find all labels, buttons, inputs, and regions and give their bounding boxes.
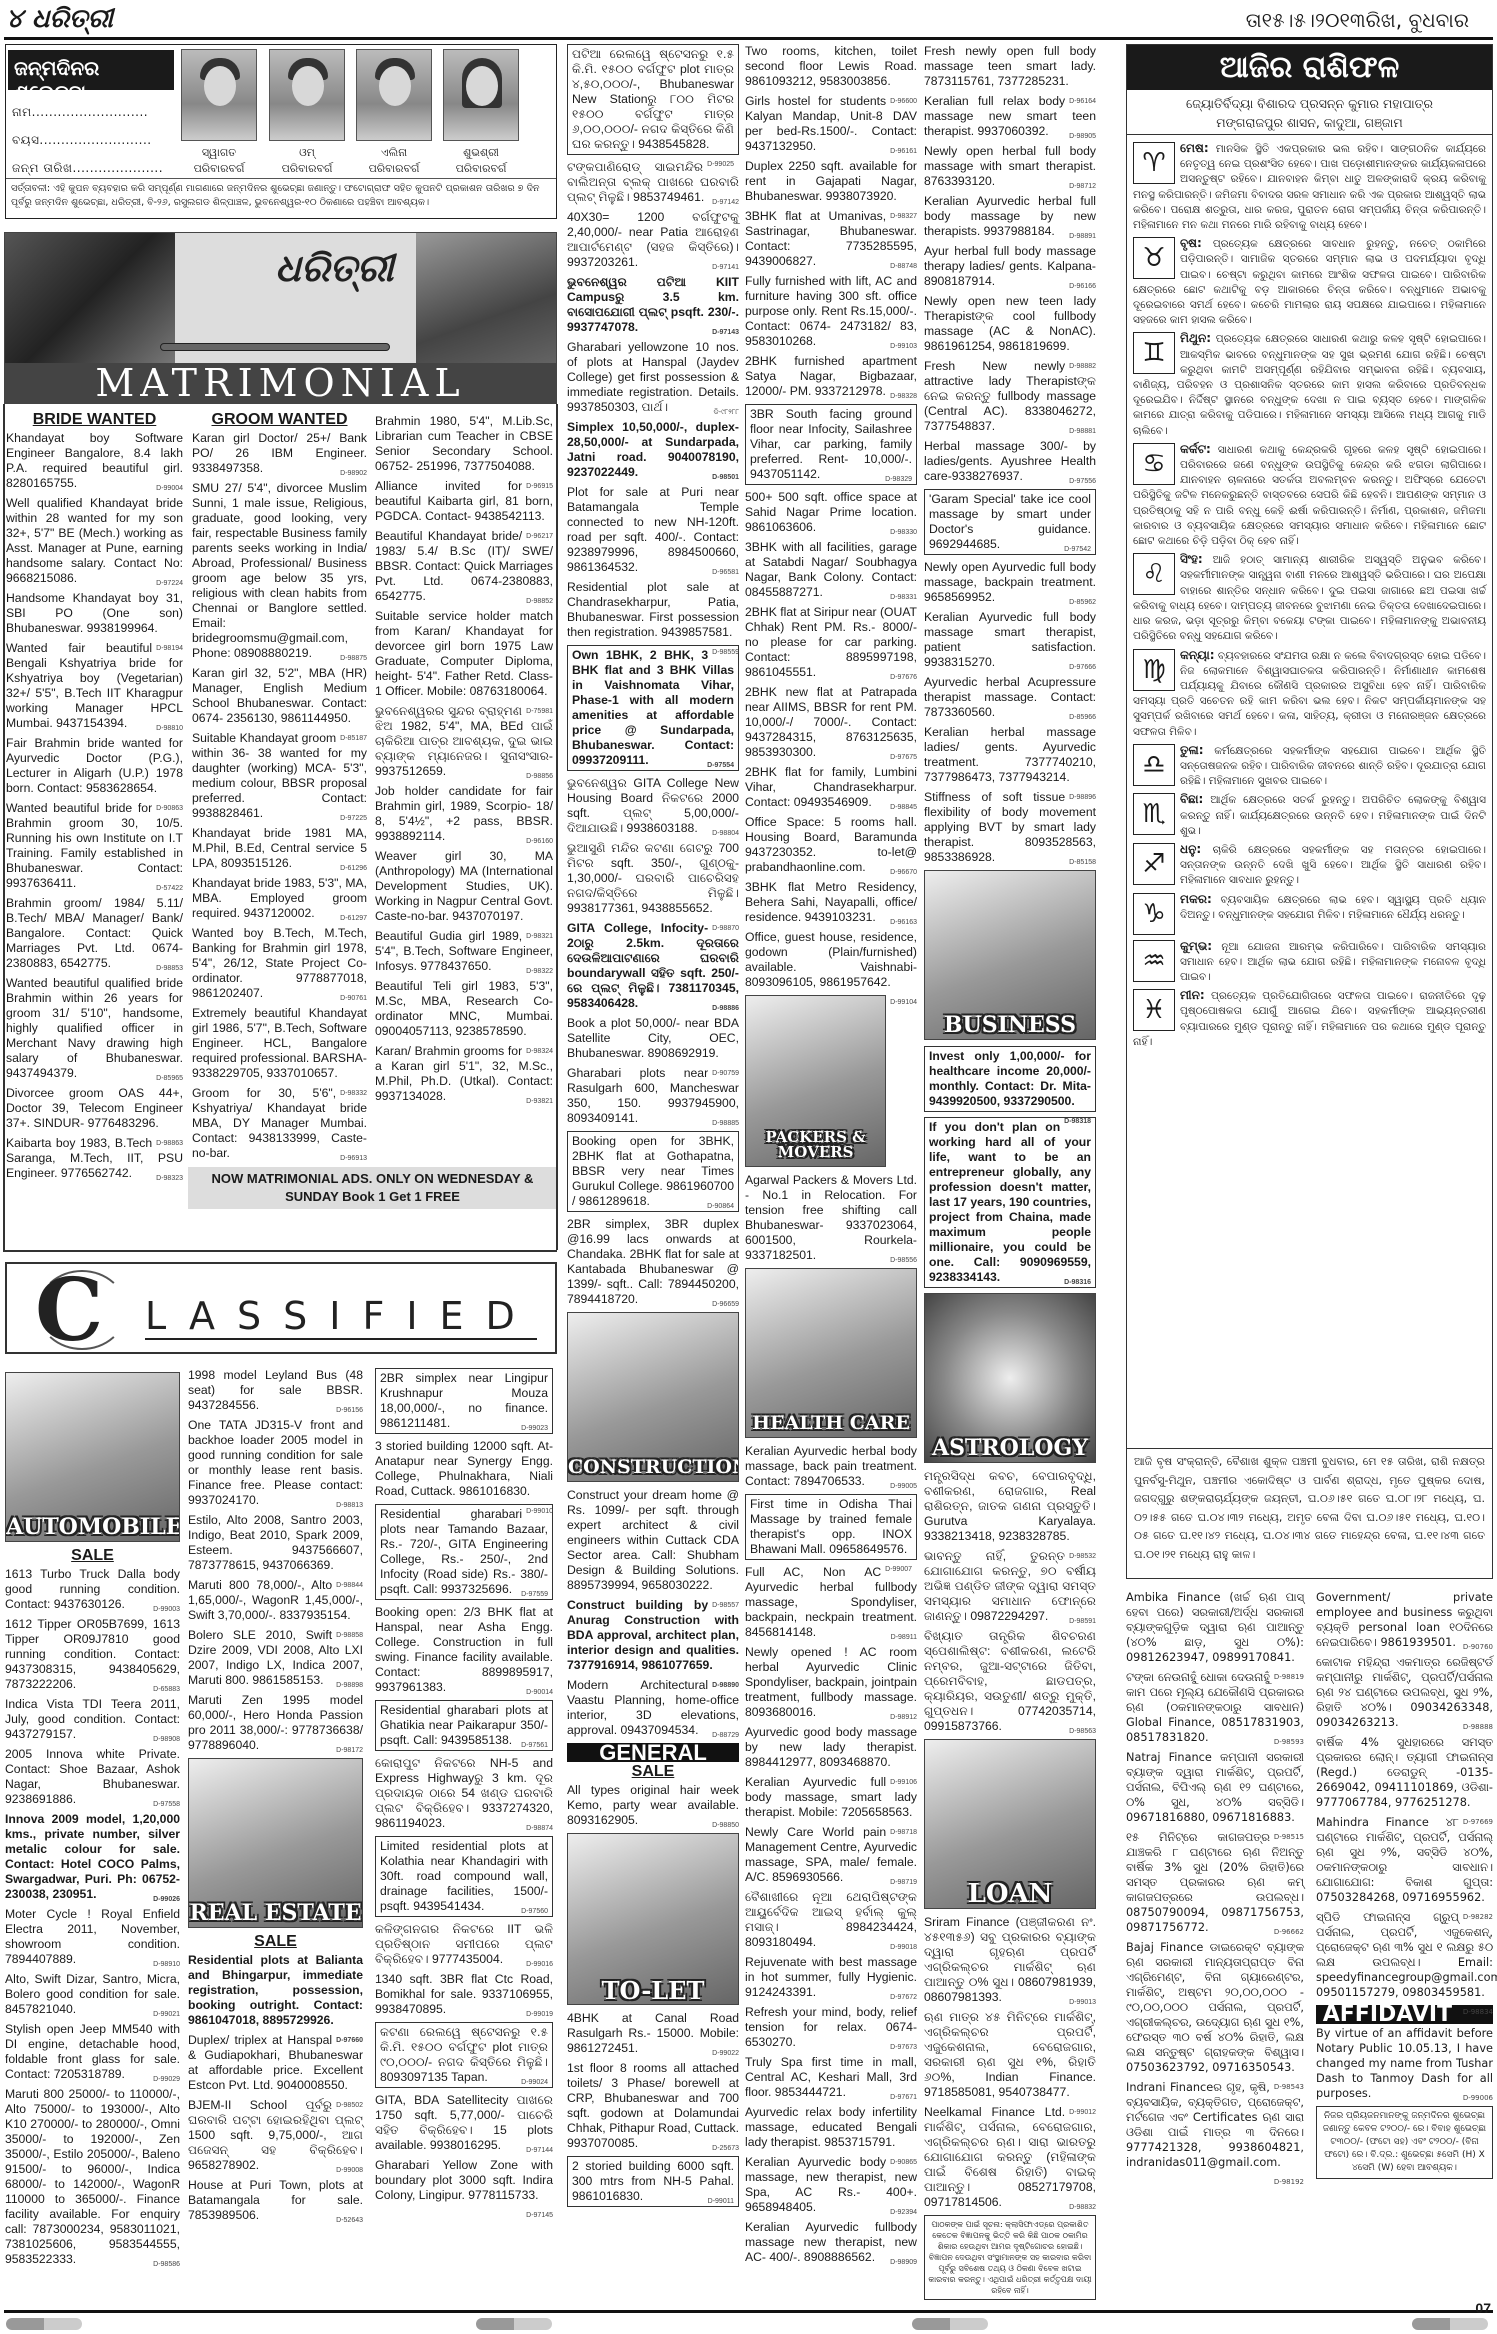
ad-code: D-90759 xyxy=(712,1066,739,1081)
real-estate-sale-heading: SALE xyxy=(188,1934,363,1949)
ad-code: D-98819 xyxy=(1274,1670,1304,1685)
ad-code: D-98719 xyxy=(890,1875,917,1890)
zodiac-text: ଆର୍ଥିକ କ୍ଷେତ୍ରରେ ସତର୍କ ରୁହନ୍ତୁ। ଅପରିଚିତ … xyxy=(1180,794,1486,836)
ad-code: D-99106 xyxy=(890,1775,917,1790)
ad-text: ଭୁଆସୁଣି ମନ୍ଦିର କଟଣା ଗେଟରୁ 700 ମିଟର sqft.… xyxy=(567,841,739,915)
zodiac-name: କୁମ୍ଭ: xyxy=(1180,939,1212,953)
ad-code: D-99011 xyxy=(708,2194,734,2209)
classified-ad: 2BHK furnished apartment Satya Nagar, Bi… xyxy=(745,354,917,399)
classified-ad: Brahmin groom/ 1984/ 5.11/ B.Tech/ MBA/ … xyxy=(6,896,183,971)
classified-title: LASSIFIED xyxy=(145,1294,537,1340)
classified-ad: ଭୁବନେଶ୍ୱର ପଟିଆ KIIT Campusରୁ 3.5 km. ବାସ… xyxy=(567,275,739,335)
classified-ad: Office, guest house, residence, godown (… xyxy=(745,930,917,990)
ad-code: D-98885 xyxy=(712,1116,739,1131)
ad-code: D-97561 xyxy=(521,1738,548,1753)
ad-code: D-98515 xyxy=(1274,1830,1304,1845)
photo-caption: ସ୍ୱାଗତପରିବାରବର୍ଗ xyxy=(174,145,264,177)
ad-text: ଋଣ ମାତ୍ର ୪୫ ମିନିଟ୍‌ରେ ମାର୍କଶିଟ୍, ଏଗ୍ରିକଲ… xyxy=(924,2010,1096,2099)
classified-ad: If you don't plan on working hard all of… xyxy=(924,1117,1096,1288)
ad-code: D-98318 xyxy=(1064,1114,1091,1129)
classified-ad: Beautiful Teli girl 1983, 5'3", M.Sc, MB… xyxy=(375,979,553,1039)
ad-code: D-97554 xyxy=(707,758,734,773)
ad-code: D-99003 xyxy=(153,1602,180,1617)
zodiac-text: ବ୍ୟବହାରରେ ସଂଯମତା ରକ୍ଷା ନ କଲେ ବିବାଦଗ୍ରସ୍ତ… xyxy=(1133,650,1486,738)
ad-code: D-97145 xyxy=(526,2208,553,2223)
ad-code: D-85965 xyxy=(156,1071,183,1086)
ad-text: Keralian herbal massage ladies/ gents. A… xyxy=(924,725,1096,784)
classified-ad: Brahmin 1980, 5'4", M.Lib.Sc, Librarian … xyxy=(375,414,553,474)
ad-text: First time in Odisha Thai Massage by tra… xyxy=(750,1497,912,1556)
classified-ad: ବିଖ୍ୟାତ ତାନ୍ତ୍ରିକ ଶିବଚରଣ ସ୍ପେଶାଲିଷ୍ଟ: ବଶ… xyxy=(924,1629,1096,1734)
divider xyxy=(3,404,5,1250)
author-place: ମଙ୍ଗରାଜପୁର ଶାସନ, କାଦୁଆ, ଗଞ୍ଜାମ xyxy=(1127,113,1492,132)
health-care-image: HEALTH CARE xyxy=(745,1268,917,1438)
zodiac-text: କର୍ମକ୍ଷେତ୍ରରେ ସହକର୍ମୀଙ୍କ ସହଯୋଗ ପାଇବେ। ଆର… xyxy=(1180,745,1486,787)
business-image: BUSINESS xyxy=(924,870,1096,1040)
author-name: ଜ୍ୟୋତିର୍ବିଦ୍ୟା ବିଶାରଦ ପ୍ରସନ୍ନ କୁମାର ମହାପ… xyxy=(1127,94,1492,113)
page-label: ୪ ଧରିତ୍ରୀ xyxy=(6,4,113,35)
ad-text: Construct your dream home @ Rs. 1099/- p… xyxy=(567,1488,739,1592)
birthday-title: ଜନ୍ମଦିନର ଶୁଭେଚ୍ଛା xyxy=(8,50,174,90)
ad-text: Wanted boy B.Tech, M.Tech, Banking for B… xyxy=(192,926,367,1000)
ad-code: D-98813 xyxy=(336,1498,363,1513)
ad-code: D-98322 xyxy=(526,964,553,979)
ad-code: D-96217 xyxy=(526,529,553,544)
ad-text: Residential plots at Balianta and Bhinga… xyxy=(188,1953,363,2027)
classified-ad: Residential plot sale at Chandrasekharpu… xyxy=(567,580,739,640)
ad-code: D-98502 xyxy=(336,2098,363,2113)
birthday-photo xyxy=(356,49,432,141)
classified-ad: Innova 2009 model, 1,20,000 kms., privat… xyxy=(5,1812,180,1902)
ad-text: Extremely beautiful Khandayat girl 1986,… xyxy=(192,1006,367,1080)
classified-ad: 500+ 500 sqft. office space at Sahid Nag… xyxy=(745,490,917,535)
ad-code: D-98858 xyxy=(336,1628,363,1643)
classified-ad: Invest only 1,00,000/- for healthcare in… xyxy=(924,1046,1096,1112)
ad-code: D-99022 xyxy=(712,2046,739,2061)
ad-code: D-99024 xyxy=(521,2075,548,2090)
ad-code: D-57422 xyxy=(156,881,183,896)
zodiac-name: ବିଛା: xyxy=(1180,792,1203,806)
ad-code: D-90863 xyxy=(156,801,183,816)
photo-caption: ଓମ୍ପରିବାରବର୍ଗ xyxy=(262,145,352,177)
zodiac-sign-icon: ♒ xyxy=(1133,940,1175,982)
ad-code: D-25673 xyxy=(712,2141,739,2156)
ad-code: D-97542 xyxy=(1064,542,1091,557)
zodiac-entry: ♒କୁମ୍ଭ: ନୂଆ ଯୋଜନା ଆରମ୍ଭ କରିପାରିବେ। ପାରିବ… xyxy=(1133,939,1486,986)
classified-ad: Alto, Swift Dizar, Santro, Micra, Bolero… xyxy=(5,1972,180,2017)
zodiac-list: ♈ମେଷ: ମାନସିକ ସ୍ଥିତି ଏକପ୍ରକାର ଭଲ ରହିବ। ସା… xyxy=(1133,141,1486,1053)
classified-ad: 'Garam Special' take ice cool massage by… xyxy=(924,489,1096,555)
classified-initial: C xyxy=(35,1260,103,1361)
ad-text: Natraj Finance କମ୍ପାନୀ ସରକାରୀ ବ୍ୟାଙ୍କ ଦ୍… xyxy=(1126,1751,1304,1824)
classified-ad: ୧୫ ମିନିଟ୍‌ରେ କାଗଜପତ୍ର ଯାଞ୍ଚକରି ୮ ଘଣ୍ଟାରେ… xyxy=(1126,1830,1304,1935)
ad-code: D-97143 xyxy=(712,325,739,340)
horoscope-author: ଜ୍ୟୋତିର୍ବିଦ୍ୟା ବିଶାରଦ ପ୍ରସନ୍ନ କୁମାର ମହାପ… xyxy=(1127,91,1492,135)
zodiac-sign-icon: ♉ xyxy=(1133,237,1175,279)
classified-ad: Simplex 10,50,000/-, duplex-28,50,000/- … xyxy=(567,420,739,480)
zodiac-sign-icon: ♐ xyxy=(1133,843,1175,885)
ad-text: Innova 2009 model, 1,20,000 kms., privat… xyxy=(5,1812,180,1901)
ad-text: 1st floor 8 rooms all attached toilets/ … xyxy=(567,2061,739,2150)
ad-text: 1612 Tipper OR05B7699, 1613 Tipper OR09J… xyxy=(5,1617,180,1691)
classified-ad: 2BHK new flat at Patrapada near AIIMS, B… xyxy=(745,685,917,760)
zodiac-sign-icon: ♓ xyxy=(1133,989,1175,1031)
zodiac-text: ଚାକିରି କ୍ଷେତ୍ରରେ ସହକର୍ମୀଙ୍କ ସହ ମତାନ୍ତର ହ… xyxy=(1180,844,1486,886)
ad-code: D-97556 xyxy=(1069,474,1096,489)
ad-code: D-98282 xyxy=(1463,1910,1493,1925)
construction-image: CONSTRUCTION xyxy=(567,1312,739,1482)
classified-ad: Maruti 800 25000/- to 110000/-, Alto 750… xyxy=(5,2087,180,2267)
issue-date: ତା୧୫।୫।୨୦୧୩ରିଖ, ବୁଧବାର xyxy=(1246,8,1469,32)
ad-text: Book a plot 50,000/- near BDA Satellite … xyxy=(567,1016,739,1060)
classified-ad: Bajaj Finance ଡାଇରେକ୍ଟ ବ୍ୟାଙ୍କ ଋଣ ସରକାରୀ… xyxy=(1126,1940,1304,2075)
ad-text: Duplex 2250 sqft. available for rent in … xyxy=(745,159,917,203)
ad-code: D-52643 xyxy=(336,2213,363,2228)
ad-code: D-98886 xyxy=(712,1001,739,1016)
ad-code: D-85158 xyxy=(1069,855,1096,870)
ad-code: D-98874 xyxy=(526,1821,553,1836)
ad-code: D-98870 xyxy=(712,921,739,936)
ad-code: D-96166 xyxy=(1069,279,1096,294)
ad-code: D-99025 xyxy=(707,157,734,172)
ad-code: D-98331 xyxy=(890,590,917,605)
name-field: ନାମ........................... xyxy=(12,105,148,120)
ad-text: Suitable service holder match from Karan… xyxy=(375,609,553,698)
zodiac-sign-icon: ♏ xyxy=(1133,793,1175,835)
ad-text: Ayurvedic good body massage by new lady … xyxy=(745,1725,917,1769)
ad-text: Fully furnished with lift, AC and furnit… xyxy=(745,274,917,348)
ad-code: D-98192 xyxy=(1274,2175,1304,2190)
panchang: ଆଜି ବୃଷ ସଂକ୍ରାନ୍ତି, ବୈଶାଖ ଶୁକ୍ଳ ପଞ୍ଚମୀ ବ… xyxy=(1127,1448,1492,1578)
classified-ad: Book a plot 50,000/- near BDA Satellite … xyxy=(567,1016,739,1061)
ad-text: Limited residential plots at Kolathia ne… xyxy=(380,1839,548,1913)
classified-ad: Fair Brahmin bride wanted for Ayurvedic … xyxy=(6,736,183,796)
bride-wanted-column: BRIDE WANTED Khandayat boy Software Engi… xyxy=(6,410,183,1186)
classified-ad: Ambika Finance (ଖର୍ଚ୍ଚ ଋଣ ପାସ୍ ହେବା ପରେ)… xyxy=(1126,1590,1304,1665)
zodiac-entry: ♈ମେଷ: ମାନସିକ ସ୍ଥିତି ଏକପ୍ରକାର ଭଲ ରହିବ। ସା… xyxy=(1133,141,1486,233)
ad-text: 3 storied building 12000 sqft. At- Anata… xyxy=(375,1439,553,1498)
classified-ad: GITA, BDA Satellitecity ପାଖରେ 1750 sqft.… xyxy=(375,2093,553,2153)
page-number: 07 xyxy=(1475,2300,1491,2316)
zodiac-sign-icon: ♈ xyxy=(1133,142,1175,184)
matrimonial-promo: NOW MATRIMONIAL ADS. ONLY ON WEDNESDAY &… xyxy=(188,1167,557,1209)
classified-ad: କୋରାପୁଟ ନିକଟରେ NH-5 and Express Highwayର… xyxy=(375,1756,553,1831)
ad-code: D-99004 xyxy=(156,481,183,496)
zodiac-sign-icon: ♌ xyxy=(1133,553,1175,595)
ad-code: D-98905 xyxy=(1069,129,1096,144)
classified-ad: Neelkamal Finance Ltd. ମାର୍କଶିଟ୍, ପର୍ସନା… xyxy=(924,2105,1096,2210)
classified-ad: Wanted boy B.Tech, M.Tech, Banking for B… xyxy=(192,926,367,1001)
ad-code: D-98557 xyxy=(712,1598,739,1613)
classified-ad: କଳିଙ୍ଗନଗର ନିକଟରେ IIT ଭଳି ପ୍ରତିଷ୍ଠାନ ସମୀପ… xyxy=(375,1922,553,1967)
classified-ad: 4BHK at Canal Road Rasulgarh Rs.- 15000.… xyxy=(567,2011,739,2056)
ad-text: SMU 27/ 5'4", divorcee Muslim Sunni, 1 m… xyxy=(192,481,367,660)
ad-code: D-98194 xyxy=(156,641,183,656)
ad-text: Neelkamal Finance Ltd. ମାର୍କଶିଟ୍, ପର୍ସନା… xyxy=(924,2105,1096,2209)
photo-caption: ଏଲିନାପରିବାରବର୍ଗ xyxy=(349,145,439,177)
classified-ad: Fresh newly open full body massage teen … xyxy=(924,44,1096,89)
real-estate-column-4: ପଟିଆ ରେଲୱେ ଷ୍ଟେସନରୁ ୧.୫ କି.ମି. ୧୫୦୦ ବର୍ଗ… xyxy=(567,44,739,2212)
classified-ad: 1998 model Leyland Bus (48 seat) for sal… xyxy=(188,1368,363,1413)
ad-code: D-98718 xyxy=(890,1825,917,1840)
classified-ad: Construct your dream home @ Rs. 1099/- p… xyxy=(567,1488,739,1593)
ad-text: Well qualified Khandayat bride within 28… xyxy=(6,496,183,585)
ad-text: Two rooms, kitchen, toilet second floor … xyxy=(745,44,917,88)
automobile-column: AUTOMOBILE SALE 1613 Turbo Truck Dalla b… xyxy=(5,1372,180,2272)
classified-ad: Moter Cycle ! Royal Enfield Electra 2011… xyxy=(5,1907,180,1967)
ad-code: D-88748 xyxy=(890,259,917,274)
matrimonial-title: MATRIMONIAL xyxy=(5,363,556,403)
ad-text: Booking open for 3BHK, 2BHK flat at Goth… xyxy=(572,1134,734,1208)
classified-banner: C LASSIFIED xyxy=(5,1262,557,1354)
classified-ad: ଋଣ ମାତ୍ର ୪୫ ମିନିଟ୍‌ରେ ମାର୍କଶିଟ୍, ଏଗ୍ରିକଲ… xyxy=(924,2010,1096,2100)
zodiac-entry: ♓ମୀନ: ପ୍ରତ୍ୟେକ ପ୍ରତିଯୋଗିତାରେ ସଫଳତା ପାଇବେ… xyxy=(1133,988,1486,1050)
zodiac-text: ନୂଆ ଯୋଜନା ଆରମ୍ଭ କରିପାରିବେ। ପାରିବାରିକ ସମସ… xyxy=(1180,941,1486,983)
ad-code: D-90864 xyxy=(707,1199,734,1214)
classified-ad: 3 storied building 12000 sqft. At- Anata… xyxy=(375,1439,553,1499)
ad-text: ୧୫ ମିନିଟ୍‌ରେ କାଗଜପତ୍ର ଯାଞ୍ଚକରି ୮ ଘଣ୍ଟାରେ… xyxy=(1126,1831,1304,1934)
zodiac-entry: ♍କନ୍ୟା: ବ୍ୟବହାରରେ ସଂଯମତା ରକ୍ଷା ନ କଲେ ବିବ… xyxy=(1133,648,1486,740)
coupon-terms: ସର୍ତ୍ତାବଳୀ: ଏହି କୁପନ ବ୍ୟବହାର କରି ସମ୍ପୂର୍… xyxy=(6,178,556,218)
classified-ad: Natraj Finance କମ୍ପାନୀ ସରକାରୀ ବ୍ୟାଙ୍କ ଦ୍… xyxy=(1126,1750,1304,1825)
ad-code: D-65883 xyxy=(153,1682,180,1697)
classified-ad: Divorcee groom OAS 44+, Doctor 39, Telec… xyxy=(6,1086,183,1131)
zodiac-text: ପ୍ରତ୍ୟେକ କ୍ଷେତ୍ରରେ ସାଧାରଣ କଥାରୁ କଳହ ସୃଷ୍… xyxy=(1133,333,1486,436)
wedding-photo xyxy=(5,233,175,363)
ad-text: Maruti 800 25000/- to 110000/-, Alto 750… xyxy=(5,2087,180,2266)
classified-ad: ବାର୍ଷିକ 4% ସୁଧହାରରେ ସମସ୍ତ ପ୍ରକାରର ଲୋନ୍। … xyxy=(1316,1735,1493,1810)
ad-code: D-98898 xyxy=(336,1678,363,1693)
classified-ad: Duplex 2250 sqft. available for rent in … xyxy=(745,159,917,204)
ad-text: 2BR simplex, 3BR duplex @16.99 lacs onwa… xyxy=(567,1217,739,1306)
ad-code: D-98316 xyxy=(1064,1275,1091,1290)
classified-ad: SMU 27/ 5'4", divorcee Muslim Sunni, 1 m… xyxy=(192,481,367,661)
horoscope-title: ଆଜିର ରାଶିଫଳ xyxy=(1127,45,1492,90)
classified-ad: ମନ୍ତ୍ରସିଦ୍ଧ କବଚ, ବେପାରବୃଦ୍ଧି, ବଶୀକରଣ, ରୋ… xyxy=(924,1469,1096,1544)
classified-ad: କଟଣା ରେଲୱେ ଷ୍ଟେସନରୁ ୧.୫ କି.ମି. ୧୫୦୦ ବର୍ଗ… xyxy=(375,2022,553,2088)
classified-ad: 3BHK flat Metro Residency, Behera Sahi, … xyxy=(745,880,917,925)
classified-ad: Truly Spa first time in mall, Central AC… xyxy=(745,2055,917,2100)
classified-ad: Plot for sale at Puri near Batamangala T… xyxy=(567,485,739,575)
ad-code: D-98845 xyxy=(890,800,917,815)
packers-movers-image: PACKERS & MOVERS xyxy=(745,995,886,1167)
ad-code: D-97672 xyxy=(890,1990,917,2005)
ad-code: D-98321 xyxy=(526,929,553,944)
ad-code: D-98586 xyxy=(153,2257,180,2272)
classified-ad: Khandayat boy Software Engineer Bangalor… xyxy=(6,431,183,491)
ad-text: One TATA JD315-V front and backhoe loade… xyxy=(188,1418,363,1507)
ad-code: D-75981 xyxy=(526,704,553,719)
ad-code: D-96913 xyxy=(340,1151,367,1166)
ad-code: D-85962 xyxy=(1069,595,1096,610)
ad-code: D-98323 xyxy=(156,1171,183,1186)
to-let-column: Two rooms, kitchen, toilet second floor … xyxy=(745,44,917,2270)
birthday-photo xyxy=(181,49,257,141)
ad-text: କୋଟାକ ମହିନ୍ଦ୍ରା ଏକମାତ୍ର ରେଜିଷ୍ଟର୍ଡ କମ୍ପା… xyxy=(1316,1656,1493,1729)
ad-code: D-98856 xyxy=(526,769,553,784)
to-let-image: TO-LET xyxy=(567,1833,739,2005)
finance-column-2: Government/ private employee and busines… xyxy=(1316,1590,1493,2179)
classified-ad: Stylish open Jeep MM540 with DI engine, … xyxy=(5,2022,180,2082)
classified-ad: Maruti Zen 1995 model 60,000/-, Hero Hon… xyxy=(188,1693,363,1753)
classified-ad: Herbal massage 300/- by ladies/gents. Ay… xyxy=(924,439,1096,484)
affidavit-ad: By virtue of an affidavit before Notary … xyxy=(1316,2026,1493,2101)
ad-code: D-98330 xyxy=(890,525,917,540)
classified-ad: Ayurvedic relax body infertility massage… xyxy=(745,2105,917,2150)
classified-ad: 2BHK flat for family, Lumbini Vihar, Cha… xyxy=(745,765,917,810)
ad-code: D-98896 xyxy=(1069,790,1096,805)
classified-ad: Sriram Finance (ପଞ୍ଜୀକରଣ ନଂ. ୪୫୧୩୫୬) ସବୁ… xyxy=(924,1915,1096,2005)
classified-ad: 1340 sqft. 3BR flat Ctc Road, Bomikhal f… xyxy=(375,1972,553,2017)
ad-code: D-96160 xyxy=(526,834,553,849)
classified-ad: Fully furnished with lift, AC and furnit… xyxy=(745,274,917,349)
classified-ad: 3BHK with all facilities, garage at Sata… xyxy=(745,540,917,600)
classified-ad: 1st floor 8 rooms all attached toilets/ … xyxy=(567,2061,739,2151)
ad-code: D-61297 xyxy=(340,911,367,926)
ad-code: D-98832 xyxy=(1069,2200,1096,2215)
ad-code: D-98324 xyxy=(526,1044,553,1059)
ad-text: Invest only 1,00,000/- for healthcare in… xyxy=(929,1049,1091,1108)
zodiac-sign-icon: ♑ xyxy=(1133,893,1175,935)
ad-code: D-98328 xyxy=(890,389,917,404)
ad-code: D-97669 xyxy=(1463,1815,1493,1830)
classified-ad: Gharabari Yellow Zone with boundary plot… xyxy=(375,2158,553,2203)
ad-text: Weaver girl 30, MA (Anthropology) MA (In… xyxy=(375,849,553,923)
ad-code: D-96915 xyxy=(526,479,553,494)
divider xyxy=(556,404,558,1250)
loan-image: LOAN xyxy=(924,1739,1096,1909)
classified-ad: Khandayat bride 1981 MA, M.Phil, B.Ed, C… xyxy=(192,826,367,871)
ad-code: D-98834 xyxy=(1463,2005,1493,2020)
ad-code: D-98912 xyxy=(890,1710,917,1725)
ad-code: D-98908 xyxy=(153,1732,180,1747)
ad-code: D-98909 xyxy=(890,2255,917,2270)
ad-code: D-99023 xyxy=(521,1421,548,1436)
classified-ad: Booking open: 2/3 BHK flat at Hanspal, n… xyxy=(375,1605,553,1695)
ad-code: D-99016 xyxy=(526,1957,553,1972)
classified-ad: Wanted beautiful qualified bride Brahmin… xyxy=(6,976,183,1081)
ad-text: Fresh newly open full body massage teen … xyxy=(924,44,1096,88)
classified-ad: Newly open new teen lady Therapistଙ୍କ co… xyxy=(924,294,1096,354)
ad-text: Gharabari yellowzone 10 nos. of plots at… xyxy=(567,340,739,414)
automobile-image: AUTOMOBILE xyxy=(5,1372,180,1542)
ad-code: D-96163 xyxy=(890,915,917,930)
ad-code: D-96164 xyxy=(1069,94,1096,109)
ad-text: 2BHK flat at Siripur near (OUAT Chhak) R… xyxy=(745,605,917,679)
ad-text: Sriram Finance (ପଞ୍ଜୀକରଣ ନଂ. ୪୫୧୩୫୬) ସବୁ… xyxy=(924,1915,1096,2004)
ad-code: D-98593 xyxy=(1274,1735,1304,1750)
health-column: Fresh newly open full body massage teen … xyxy=(924,44,1096,2300)
footer-tab xyxy=(1412,2318,1488,2330)
ad-code: D-98556 xyxy=(890,1253,917,1268)
zodiac-entry: ♋କର୍କଟ: ସାଧାରଣ କଥାକୁ କେନ୍ଦ୍ରକରି ଗୃହରେ କଳ… xyxy=(1133,442,1486,549)
classified-ad: କୋଟାକ ମହିନ୍ଦ୍ରା ଏକମାତ୍ର ରେଜିଷ୍ଟର୍ଡ କମ୍ପା… xyxy=(1316,1655,1493,1730)
ad-text: 2BHK new flat at Patrapada near AIIMS, B… xyxy=(745,685,917,759)
classified-ad: Keralian Ayurvedic full body massage sma… xyxy=(924,610,1096,670)
classified-ad: Keralian herbal massage ladies/ gents. A… xyxy=(924,725,1096,785)
ad-code: D-99005 xyxy=(890,1479,917,1494)
classified-ad: Keralian Ayurvedic fullbody massage new … xyxy=(745,2220,917,2265)
ad-text: Own 1BHK, 2 BHK, 3 BHK flat and 3 BHK Vi… xyxy=(572,648,734,767)
zodiac-entry: ♏ବିଛା: ଆର୍ଥିକ କ୍ଷେତ୍ରରେ ସତର୍କ ରୁହନ୍ତୁ। ଅ… xyxy=(1133,792,1486,839)
general-heading: GENERAL xyxy=(567,1743,739,1762)
ad-text: ବିଖ୍ୟାତ ତାନ୍ତ୍ରିକ ଶିବଚରଣ ସ୍ପେଶାଲିଷ୍ଟ: ବଶ… xyxy=(924,1629,1096,1733)
classified-ad: Residential gharabari plots at Ghatikia … xyxy=(375,1700,553,1751)
ad-code: D-98532 xyxy=(1069,1549,1096,1564)
ad-text: କୋରାପୁଟ ନିକଟରେ NH-5 and Express Highwayର… xyxy=(375,1756,553,1830)
classified-ad: Job holder candidate for fair Brahmin gi… xyxy=(375,784,553,844)
horoscope-panel: ଆଜିର ରାଶିଫଳ ଜ୍ୟୋତିର୍ବିଦ୍ୟା ବିଶାରଦ ପ୍ରସନ୍… xyxy=(1126,44,1493,1579)
automobile-sale-heading: SALE xyxy=(5,1548,180,1563)
matrimonial-banner: ଧରିତ୍ରୀ MATRIMONIAL xyxy=(4,232,557,404)
classified-ad: ପଟିଆ ରେଲୱେ ଷ୍ଟେସନରୁ ୧.୫ କି.ମି. ୧୫୦୦ ବର୍ଗ… xyxy=(567,44,739,155)
classified-ad: Estilo, Alto 2008, Santro 2003, Indigo, … xyxy=(188,1513,363,1573)
divider xyxy=(3,1250,557,1252)
zodiac-entry: ♑ମକର: ବ୍ୟବସାୟିକ କ୍ଷେତ୍ରରେ ଲାଭ ହେବ। ସ୍ୱାସ… xyxy=(1133,892,1486,936)
ad-code: D-97224 xyxy=(156,576,183,591)
ad-text: Residential plot sale at Chandrasekharpu… xyxy=(567,580,739,639)
real-estate-image: REAL ESTATE xyxy=(188,1758,363,1928)
ad-text: Brahmin 1980, 5'4", M.Lib.Sc, Librarian … xyxy=(375,414,553,473)
ad-code: D-85966 xyxy=(1069,710,1096,725)
general-sale-heading: SALE xyxy=(567,1764,739,1779)
classified-ad: ଭୁଆସୁଣି ମନ୍ଦିର କଟଣା ଗେଟରୁ 700 ମିଟର sqft.… xyxy=(567,841,739,916)
ad-code: D-97141 xyxy=(712,260,739,275)
classified-ad: Limited residential plots at Kolathia ne… xyxy=(375,1836,553,1917)
classified-ad: Gharabari yellowzone 10 nos. of plots at… xyxy=(567,340,739,415)
ad-text: Wanted beautiful qualified bride Brahmin… xyxy=(6,976,183,1080)
ad-code: D-96581 xyxy=(712,565,739,580)
photo-caption: ଶୁଭଶ୍ରୀପରିବାରବର୍ଗ xyxy=(436,145,526,177)
ad-text: ସ୍ପିଡି ଫାଇନାନ୍ସ ଗ୍ରୁପ୍ ପର୍ସନାଲ, ପ୍ରପର୍ଟି… xyxy=(1316,1911,1497,1999)
classified-ad: Booking open for 3BHK, 2BHK flat at Goth… xyxy=(567,1131,739,1212)
birthday-coupon: ଜନ୍ମଦିନର ଶୁଭେଚ୍ଛା ନାମ...................… xyxy=(5,44,557,219)
ad-text: Indrani Financeର ଗୃହ, କୃଷି, ବ୍ୟବସାୟିକ, ବ… xyxy=(1126,2081,1304,2169)
ad-code: D-98902 xyxy=(340,466,367,481)
astrology-image: ASTROLOGY xyxy=(924,1293,1096,1463)
ad-text: Estilo, Alto 2008, Santro 2003, Indigo, … xyxy=(188,1513,363,1572)
classified-ad: House at Puri Town, plots at Batamangala… xyxy=(188,2178,363,2223)
classified-ad: 2005 Innova white Private. Contact: Shoe… xyxy=(5,1747,180,1807)
ad-code: D-98852 xyxy=(526,594,553,609)
zodiac-sign-icon: ♋ xyxy=(1133,443,1175,485)
zodiac-text: ପ୍ରତ୍ୟେକ କ୍ଷେତ୍ରରେ ସାବଧାନ ରୁହନ୍ତୁ, ନଚେତ୍… xyxy=(1133,238,1486,326)
classified-ad: Indica Vista TDI Teera 2011, July, good … xyxy=(5,1697,180,1742)
ad-code: D-97660 xyxy=(336,2033,363,2048)
classified-ad: Karan girl Doctor/ 25+/ Bank PO/ 26 IBM … xyxy=(192,431,367,476)
zodiac-text: ସାଧାରଣ କଥାକୁ କେନ୍ଦ୍ରକରି ଗୃହରେ କଳହ ସୃଷ୍ଟି… xyxy=(1133,444,1486,547)
ad-code: D-90760 xyxy=(1463,1640,1493,1655)
ad-text: Handsome Khandayat boy 31, SBI PO (One s… xyxy=(6,591,183,635)
zodiac-name: ବୃଷ: xyxy=(1180,236,1202,250)
classified-ad: 3BR South facing ground floor near Infoc… xyxy=(745,404,917,485)
ad-text: Ayurvedic relax body infertility massage… xyxy=(745,2105,917,2149)
zodiac-name: ଧନୁ: xyxy=(1180,842,1201,856)
ad-code: D-97225 xyxy=(340,811,367,826)
classified-ad: Newly opened ! AC room herbal Ayurvedic … xyxy=(745,1645,917,1720)
bride-wanted-heading: BRIDE WANTED xyxy=(6,412,183,427)
classified-ad: Khandayat bride 1983, 5'3", MA, MBA. Emp… xyxy=(192,876,367,921)
classified-ad: One TATA JD315-V front and backhoe loade… xyxy=(188,1418,363,1508)
footer-rule xyxy=(4,2310,1493,2313)
ad-code: D-98559 xyxy=(712,645,739,660)
groom-wanted-column-2: Brahmin 1980, 5'4", M.Lib.Sc, Librarian … xyxy=(375,414,553,1109)
ad-code: D-97558 xyxy=(153,1797,180,1812)
ad-text: Brahmin groom/ 1984/ 5.11/ B.Tech/ MBA/ … xyxy=(6,896,183,970)
classified-ad: Own 1BHK, 2 BHK, 3 BHK flat and 3 BHK Vi… xyxy=(567,645,739,771)
finance-column-1: Ambika Finance (ଖର୍ଚ୍ଚ ଋଣ ପାସ୍ ହେବା ପରେ)… xyxy=(1126,1590,1304,2190)
ad-code: D-99103 xyxy=(890,339,917,354)
